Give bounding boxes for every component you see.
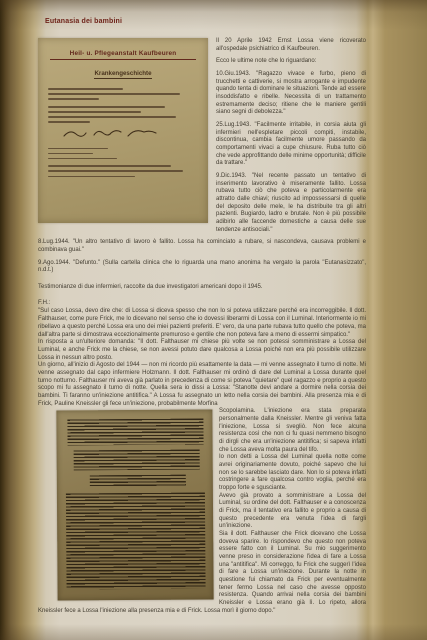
witness-initials: F.H.: — [38, 300, 366, 308]
form-line — [48, 176, 135, 178]
testimony-paragraph: Un giorno, all'inizio di Agosto del 1944… — [38, 362, 366, 408]
form-line — [48, 111, 141, 113]
page-content: Eutanasia dei bambini Heil- u. Pflegeans… — [38, 18, 366, 615]
form-line — [48, 88, 123, 90]
form-line — [48, 153, 93, 155]
testimony-paragraph: In risposta a un'ulteriore domanda: "Il … — [38, 339, 366, 362]
page-title: Eutanasia dei bambini — [45, 18, 366, 25]
form-line — [48, 98, 99, 100]
form-line — [48, 116, 176, 118]
record-institution-header: Heil- u. Pflegeanstalt Kaufbeuren — [50, 50, 196, 60]
typewritten-testimony-photo — [56, 410, 213, 601]
typewritten-text-block — [66, 493, 206, 590]
record-document-type: Krankengeschichte — [94, 70, 151, 79]
form-line — [48, 165, 171, 167]
form-line — [48, 158, 117, 160]
testimony-paragraph: "Sul caso Lossa, devo dire che: di Lossa… — [38, 308, 366, 339]
book-page-photo: Eutanasia dei bambini Heil- u. Pflegeans… — [0, 0, 427, 640]
form-line — [48, 106, 165, 108]
form-line — [48, 121, 90, 123]
clinical-note: 8.Lug.1944. "Un altro tentativo di lavor… — [38, 239, 366, 254]
typewritten-text-block — [67, 419, 203, 446]
medical-record-photo: Heil- u. Pflegeanstalt Kaufbeuren Kranke… — [38, 38, 208, 223]
typewritten-text-block — [74, 450, 200, 471]
record-form-lines — [48, 88, 198, 177]
form-line — [48, 148, 108, 150]
testimonies-heading: Testimonianze di due infermieri, raccolt… — [38, 284, 366, 292]
typewritten-text-block — [90, 475, 186, 488]
handwritten-entry — [62, 126, 198, 144]
clinical-note: 9.Ago.1944. "Defunto." (Sulla cartella c… — [38, 260, 366, 275]
form-line — [48, 93, 180, 95]
form-line — [48, 170, 183, 172]
